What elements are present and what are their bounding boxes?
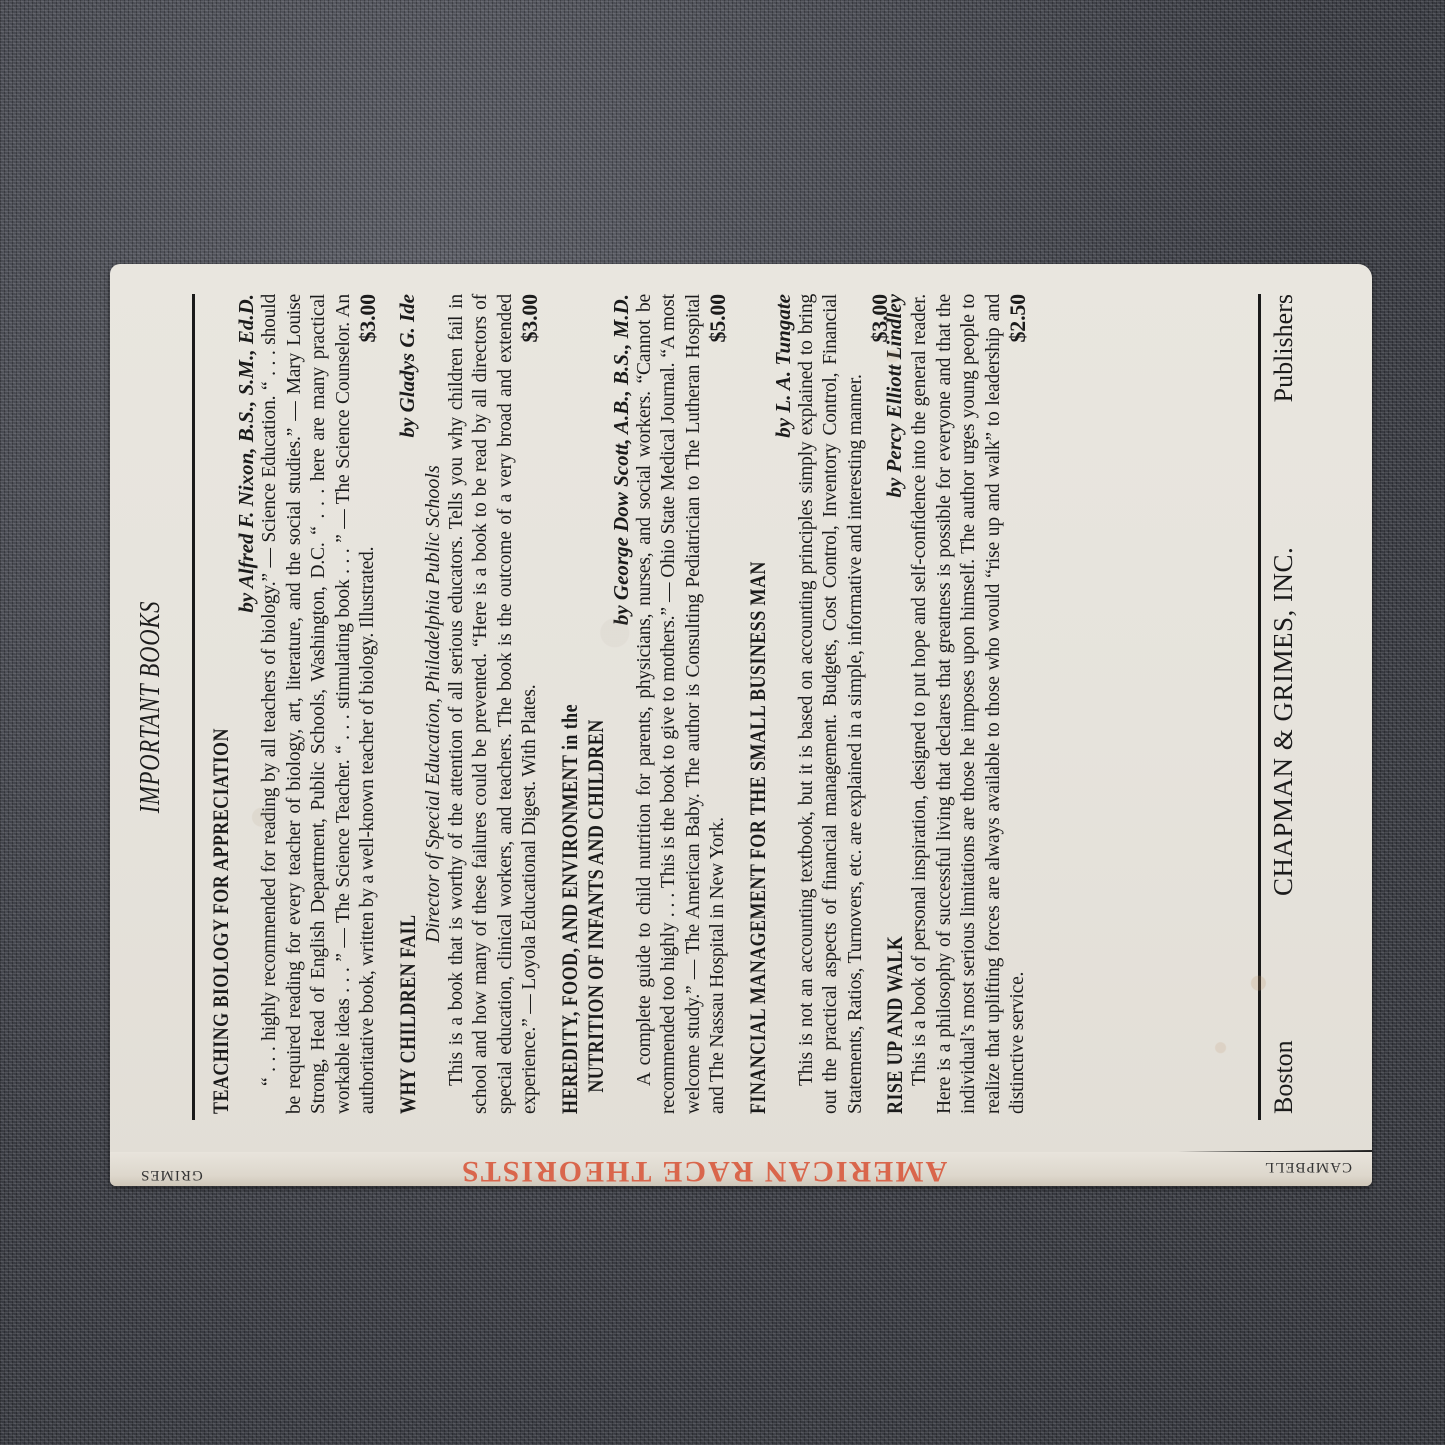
book-description: A complete guide to child nutrition for …: [633, 294, 731, 1114]
author-affiliation: Director of Special Education, Philadelp…: [421, 294, 445, 1114]
book-title: WHY CHILDREN FAIL: [395, 442, 421, 1114]
book-author: by Gladys G. Ide: [395, 294, 419, 437]
publisher-name: CHAPMAN & GRIMES, INC.: [1268, 547, 1299, 896]
rotated-back-cover-content: IMPORTANT BOOKS TEACHING BIOLOGY FOR APP…: [110, 264, 1372, 1150]
book-description: This is not an accounting textbook, but …: [795, 294, 869, 1114]
book-spine: GRIMES AMERICAN RACE THEORISTS CAMPBELL: [110, 1152, 1372, 1186]
book-price: $5.00: [706, 294, 731, 371]
book-title: FINANCIAL MANAGEMENT FOR THE SMALL BUSIN…: [745, 442, 771, 1114]
book-author: by George Dow Scott, A.B., B.S., M.D.: [609, 294, 633, 1114]
bottom-rule-divider: [1258, 294, 1261, 1120]
book-title-line-1: HEREDITY, FOOD, AND ENVIRONMENT in the: [557, 442, 583, 1114]
spine-author: CAMPBELL: [1264, 1158, 1352, 1175]
back-cover-panel: IMPORTANT BOOKS TEACHING BIOLOGY FOR APP…: [110, 264, 1372, 1150]
spine-title: AMERICAN RACE THEORISTS: [460, 1154, 947, 1186]
book-description: This is a book of personal inspiration, …: [908, 294, 1031, 1114]
top-rule-divider: [192, 294, 195, 1120]
book-title-line-2: NUTRITION OF INFANTS AND CHILDREN: [583, 442, 609, 1114]
publisher-label: Publishers: [1269, 294, 1299, 402]
book-title: RISE UP AND WALK: [882, 442, 908, 1114]
book-author: by Percy Elliott Lindley: [882, 294, 906, 498]
book-description: This is a book that is worthy of the att…: [445, 294, 543, 1114]
book-author: by Alfred F. Nixon, B.S., S.M., Ed.D.: [234, 294, 258, 1114]
book-list: TEACHING BIOLOGY FOR APPRECIATION by Alf…: [208, 294, 1045, 1114]
book-dust-jacket: IMPORTANT BOOKS TEACHING BIOLOGY FOR APP…: [110, 264, 1372, 1186]
book-entry-heredity-food-environment: HEREDITY, FOOD, AND ENVIRONMENT in the N…: [557, 294, 731, 1114]
publisher-footer: Boston CHAPMAN & GRIMES, INC. Publishers: [1268, 294, 1299, 1114]
book-entry-teaching-biology: TEACHING BIOLOGY FOR APPRECIATION by Alf…: [208, 294, 381, 1114]
publisher-city: Boston: [1269, 1040, 1299, 1114]
book-title: TEACHING BIOLOGY FOR APPRECIATION: [208, 442, 234, 1114]
book-entry-why-children-fail: WHY CHILDREN FAIL by Gladys G. Ide Direc…: [395, 294, 543, 1114]
book-price: $3.00: [518, 294, 543, 371]
book-entry-financial-management: FINANCIAL MANAGEMENT FOR THE SMALL BUSIN…: [745, 294, 869, 1114]
spine-publisher: GRIMES: [140, 1166, 203, 1183]
book-price: $3.00: [356, 294, 381, 371]
book-author: by L. A. Tungate: [771, 294, 795, 1114]
header-title: IMPORTANT BOOKS: [134, 361, 167, 1052]
book-description: “ . . . highly recommended for reading b…: [258, 294, 381, 1114]
book-price: $2.50: [1006, 294, 1031, 371]
book-entry-rise-up-and-walk: RISE UP AND WALK by Percy Elliott Lindle…: [882, 294, 1031, 1114]
